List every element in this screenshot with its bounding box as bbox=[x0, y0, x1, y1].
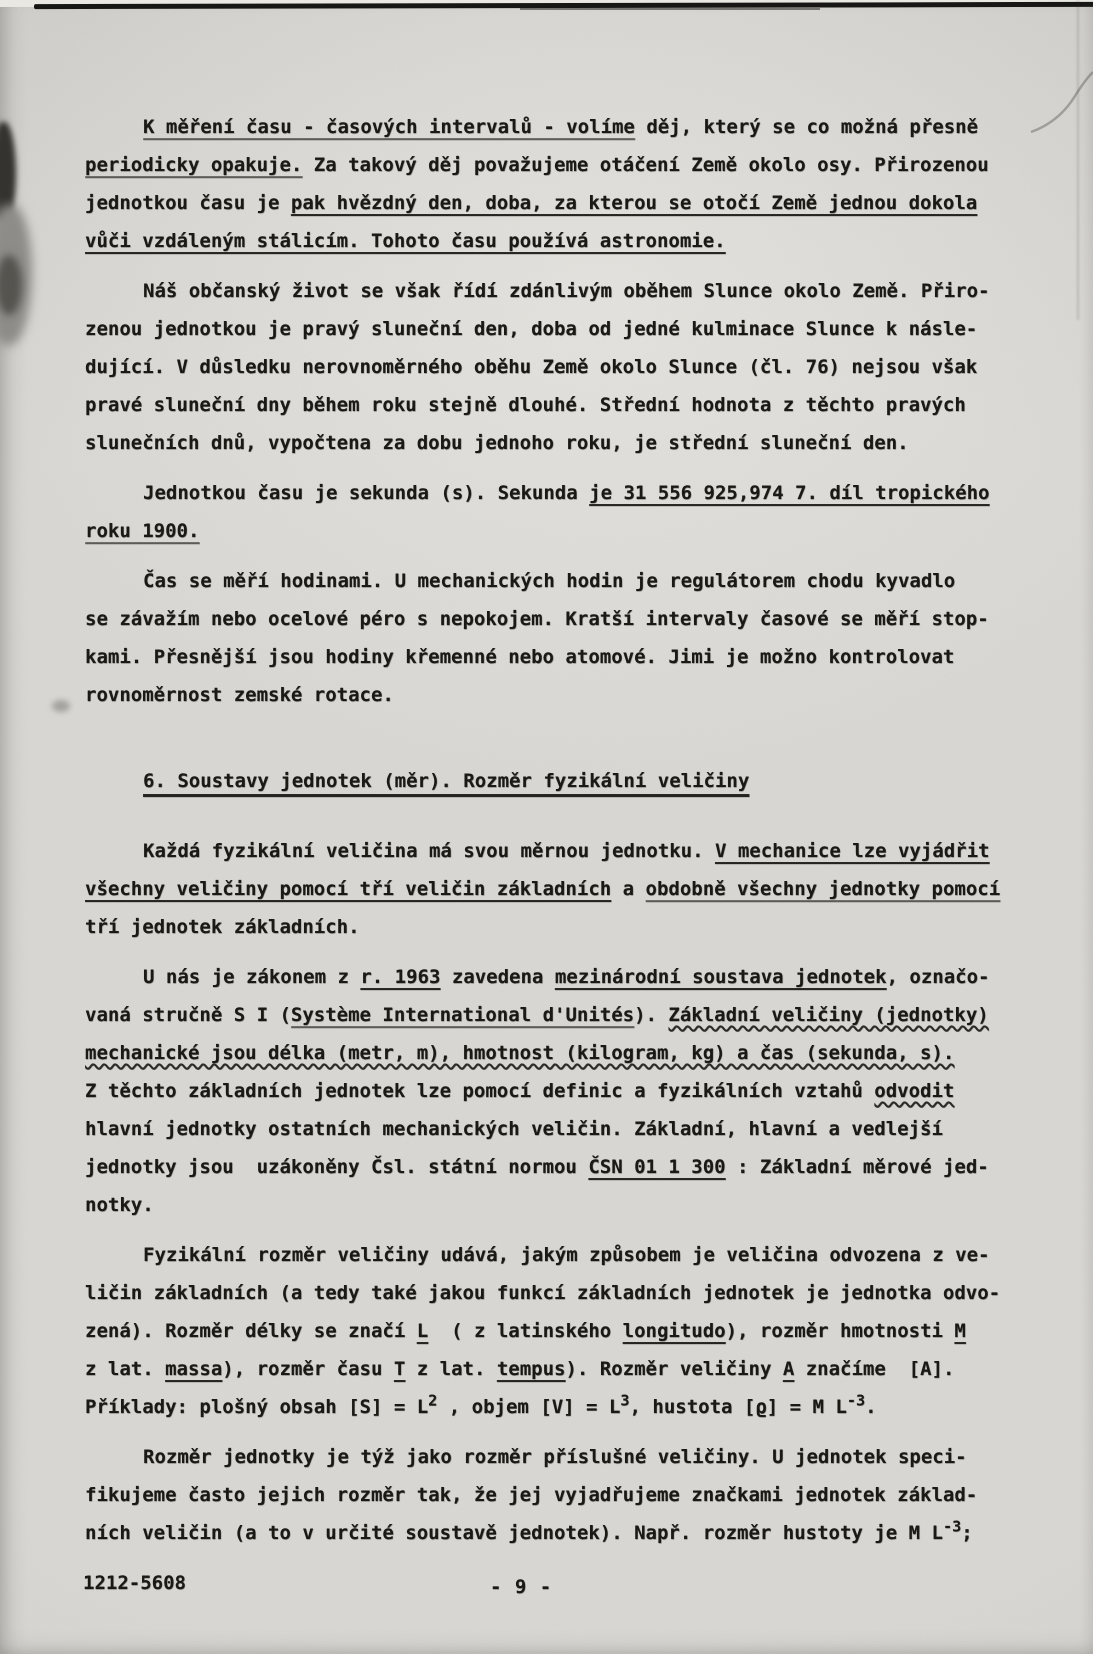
underlined-text: je 31 556 925,974 7. díl tropického bbox=[589, 482, 989, 504]
underlined-text: A bbox=[783, 1358, 794, 1380]
text-run: Čas se měří hodinami. U mechanických hod… bbox=[143, 570, 955, 592]
text-line: mechanické jsou délka (metr, m), hmotnos… bbox=[85, 1034, 1040, 1072]
pencil-underlined-text: obdobně všechny jednotky pomocí bbox=[646, 878, 1001, 900]
text-run: vaná stručně S I ( bbox=[85, 1004, 291, 1026]
text-run: ličin základních (a tedy také jakou funk… bbox=[85, 1282, 1000, 1304]
text-line: ních veličin (a to v určité soustavě jed… bbox=[85, 1514, 1040, 1552]
text-run: hlavní jednotky ostatních mechanických v… bbox=[85, 1118, 943, 1140]
text-line: rovnoměrnost zemské rotace. bbox=[85, 676, 1040, 714]
text-run: ( z latinského bbox=[428, 1320, 622, 1342]
text-run: , hustota [ϱ] = M L bbox=[630, 1396, 847, 1418]
underlined-text: Základní veličiny (jednotky) bbox=[668, 1004, 988, 1026]
underlined-text: všechny veličiny pomocí tří veličin zákl… bbox=[85, 878, 611, 900]
text-run: a bbox=[611, 878, 645, 900]
text-run: , objem [V] = L bbox=[437, 1396, 620, 1418]
text-run: Příklady: plošný obsah [S] = L bbox=[85, 1396, 428, 1418]
text-line: pravé sluneční dny během roku stejně dlo… bbox=[85, 386, 1040, 424]
text-run: z lat. bbox=[85, 1358, 165, 1380]
underlined-text: vůči vzdáleným stálicím. Tohoto času pou… bbox=[85, 230, 726, 252]
text-line: notky. bbox=[85, 1186, 1040, 1224]
text-line: se závažím nebo ocelové péro s nepokojem… bbox=[85, 600, 1040, 638]
text-run: zavedena bbox=[440, 966, 554, 988]
text-run: Každá fyzikální veličina má svou měrnou … bbox=[143, 840, 715, 862]
text-line: Jednotkou času je sekunda (s). Sekunda j… bbox=[85, 474, 1040, 512]
text-run: Rozměr jednotky je týž jako rozměr přísl… bbox=[143, 1446, 967, 1468]
text-line: z lat. massa), rozměr času T z lat. temp… bbox=[85, 1350, 1040, 1388]
text-run: Z těchto základních jednotek lze pomocí … bbox=[85, 1080, 874, 1102]
underlined-text: pak hvězdný den, doba, za kterou se otoč… bbox=[291, 192, 977, 214]
underlined-text: L bbox=[417, 1320, 428, 1342]
underlined-text: V mechanice lze vyjádřit bbox=[715, 840, 990, 862]
text-line: Čas se měří hodinami. U mechanických hod… bbox=[85, 562, 1040, 600]
text-line: jednotky jsou uzákoněny Čsl. státní norm… bbox=[85, 1148, 1040, 1186]
text-line: hlavní jednotky ostatních mechanických v… bbox=[85, 1110, 1040, 1148]
paragraph-1: K měření času - časových intervalů - vol… bbox=[85, 108, 1040, 260]
text-line: Příklady: plošný obsah [S] = L2 , objem … bbox=[85, 1388, 1040, 1426]
text-line: K měření času - časových intervalů - vol… bbox=[85, 108, 1040, 146]
text-line: jednotkou času je pak hvězdný den, doba,… bbox=[85, 184, 1040, 222]
paragraph-2: Náš občanský život se však řídí zdánlivý… bbox=[85, 272, 1040, 462]
text-line: vůči vzdáleným stálicím. Tohoto času pou… bbox=[85, 222, 1040, 260]
underlined-text: tempus bbox=[497, 1358, 566, 1380]
pencil-underlined-text: roku 1900. bbox=[85, 520, 199, 542]
text-run: Fyzikální rozměr veličiny udává, jakým z… bbox=[143, 1244, 989, 1266]
underlined-text: massa bbox=[165, 1358, 222, 1380]
paragraph-7: U nás je zákonem z r. 1963 zavedena mezi… bbox=[85, 958, 1040, 1224]
print-code: 1212-5608 bbox=[83, 1564, 186, 1602]
text-line: všechny veličiny pomocí tří veličin zákl… bbox=[85, 870, 1040, 908]
page-footer: 1212-5608 - 9 - bbox=[85, 1564, 1040, 1602]
text-line: Náš občanský život se však řídí zdánlivý… bbox=[85, 272, 1040, 310]
text-run: značíme [A]. bbox=[794, 1358, 954, 1380]
text-line: Fyzikální rozměr veličiny udává, jakým z… bbox=[85, 1236, 1040, 1274]
underlined-text: odvodit bbox=[874, 1080, 954, 1102]
text-run: jednotkou času je bbox=[85, 192, 291, 214]
underlined-text: T bbox=[394, 1358, 405, 1380]
text-line: 6. Soustavy jednotek (měr). Rozměr fyzik… bbox=[85, 762, 1040, 800]
pencil-underlined-text: Système International d'Unités bbox=[291, 1004, 634, 1026]
text-run: rovnoměrnost zemské rotace. bbox=[85, 684, 394, 706]
superscript: 2 bbox=[428, 1392, 437, 1410]
pencil-underlined-text: K měření času - časových intervalů - vol… bbox=[143, 116, 635, 138]
paragraph-9: Rozměr jednotky je týž jako rozměr přísl… bbox=[85, 1438, 1040, 1552]
text-run: ). bbox=[634, 1004, 668, 1026]
text-run: , označo- bbox=[887, 966, 990, 988]
text-line: tří jednotek základních. bbox=[85, 908, 1040, 946]
text-run: Náš občanský život se však řídí zdánlivý… bbox=[143, 280, 989, 302]
text-run: pravé sluneční dny během roku stejně dlo… bbox=[85, 394, 966, 416]
text-run: ), rozměr času bbox=[222, 1358, 394, 1380]
text-run: Za takový děj považujeme otáčení Země ok… bbox=[302, 154, 988, 176]
text-run: : Základní měrové jed- bbox=[726, 1156, 989, 1178]
text-blocks: K měření času - časových intervalů - vol… bbox=[85, 108, 1040, 1552]
underlined-text: M bbox=[954, 1320, 965, 1342]
text-line: zenou jednotkou je pravý sluneční den, d… bbox=[85, 310, 1040, 348]
text-run: notky. bbox=[85, 1194, 154, 1216]
superscript: 3 bbox=[620, 1392, 629, 1410]
text-run: kami. Přesnější jsou hodiny křemenné neb… bbox=[85, 646, 954, 668]
text-run: zenou jednotkou je pravý sluneční den, d… bbox=[85, 318, 977, 340]
text-run: Jednotkou času je sekunda (s). Sekunda bbox=[143, 482, 589, 504]
text-line: slunečních dnů, vypočtena za dobu jednoh… bbox=[85, 424, 1040, 462]
text-run: U nás je zákonem z bbox=[143, 966, 360, 988]
text-run: se závažím nebo ocelové péro s nepokojem… bbox=[85, 608, 989, 630]
text-run: tří jednotek základních. bbox=[85, 916, 360, 938]
text-line: kami. Přesnější jsou hodiny křemenné neb… bbox=[85, 638, 1040, 676]
document-content: K měření času - časových intervalů - vol… bbox=[0, 0, 1093, 1602]
text-line: periodicky opakuje. Za takový děj považu… bbox=[85, 146, 1040, 184]
text-run: děj, který se co možná přesně bbox=[635, 116, 978, 138]
paragraph-3: Jednotkou času je sekunda (s). Sekunda j… bbox=[85, 474, 1040, 550]
paragraph-8: Fyzikální rozměr veličiny udává, jakým z… bbox=[85, 1236, 1040, 1426]
text-line: vaná stručně S I (Système International … bbox=[85, 996, 1040, 1034]
paragraph-6: Každá fyzikální veličina má svou měrnou … bbox=[85, 832, 1040, 946]
text-line: Rozměr jednotky je týž jako rozměr přísl… bbox=[85, 1438, 1040, 1476]
text-run: . bbox=[865, 1396, 876, 1418]
text-line: U nás je zákonem z r. 1963 zavedena mezi… bbox=[85, 958, 1040, 996]
underlined-text: longitudo bbox=[623, 1320, 726, 1342]
underlined-text: mezinárodní soustava jednotek bbox=[555, 966, 887, 988]
text-line: zená). Rozměr délky se značí L ( z latin… bbox=[85, 1312, 1040, 1350]
underlined-text: r. 1963 bbox=[360, 966, 440, 988]
scanned-document-page: K měření času - časových intervalů - vol… bbox=[0, 0, 1093, 1654]
pencil-underlined-text: periodicky opakuje. bbox=[85, 154, 302, 176]
underlined-text: mechanické jsou délka (metr, m), hmotnos… bbox=[85, 1042, 954, 1064]
underlined-text: ČSN 01 1 300 bbox=[588, 1156, 725, 1178]
text-line: roku 1900. bbox=[85, 512, 1040, 550]
text-line: fikujeme často jejich rozměr tak, že jej… bbox=[85, 1476, 1040, 1514]
text-run: ). Rozměr veličiny bbox=[565, 1358, 782, 1380]
text-line: ličin základních (a tedy také jakou funk… bbox=[85, 1274, 1040, 1312]
text-run: ), rozměr hmotnosti bbox=[726, 1320, 955, 1342]
text-line: Každá fyzikální veličina má svou měrnou … bbox=[85, 832, 1040, 870]
text-run: ních veličin (a to v určité soustavě jed… bbox=[85, 1522, 943, 1544]
text-run: slunečních dnů, vypočtena za dobu jednoh… bbox=[85, 432, 909, 454]
text-run: fikujeme často jejich rozměr tak, že jej… bbox=[85, 1484, 977, 1506]
underlined-text: 6. Soustavy jednotek (měr). Rozměr fyzik… bbox=[143, 770, 749, 792]
text-run: dující. V důsledku nerovnoměrného oběhu … bbox=[85, 356, 977, 378]
text-line: dující. V důsledku nerovnoměrného oběhu … bbox=[85, 348, 1040, 386]
text-run: z lat. bbox=[405, 1358, 497, 1380]
text-run: jednotky jsou uzákoněny Čsl. státní norm… bbox=[85, 1156, 588, 1178]
page-number: - 9 - bbox=[490, 1568, 552, 1606]
text-run: zená). Rozměr délky se značí bbox=[85, 1320, 417, 1342]
text-run: ; bbox=[961, 1522, 972, 1544]
superscript: -3 bbox=[847, 1392, 865, 1410]
text-line: Z těchto základních jednotek lze pomocí … bbox=[85, 1072, 1040, 1110]
section-heading: 6. Soustavy jednotek (měr). Rozměr fyzik… bbox=[85, 762, 1040, 800]
superscript: -3 bbox=[943, 1518, 961, 1536]
paragraph-4: Čas se měří hodinami. U mechanických hod… bbox=[85, 562, 1040, 714]
